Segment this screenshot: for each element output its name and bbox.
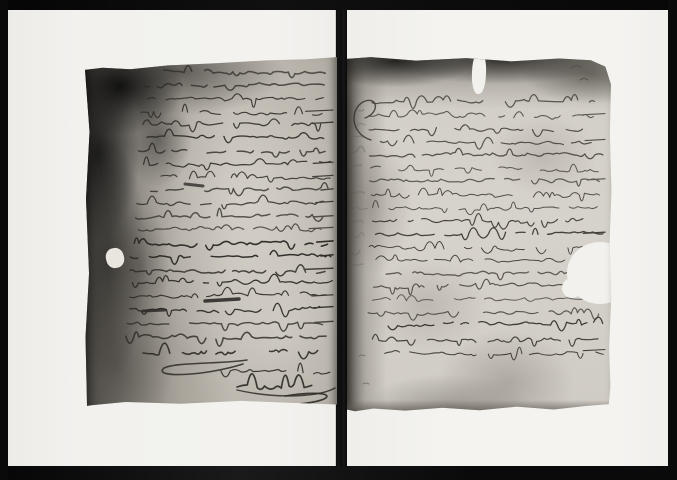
manuscript-page-right (347, 56, 612, 412)
film-border-right (668, 0, 677, 480)
microfilm-scan (0, 0, 677, 480)
manuscript-page-left (85, 54, 337, 408)
page-edge-shading (85, 54, 337, 408)
page-edge-shading (347, 56, 612, 412)
film-border-left (0, 0, 8, 480)
film-border-bottom (0, 466, 677, 480)
film-border-top (0, 0, 677, 10)
